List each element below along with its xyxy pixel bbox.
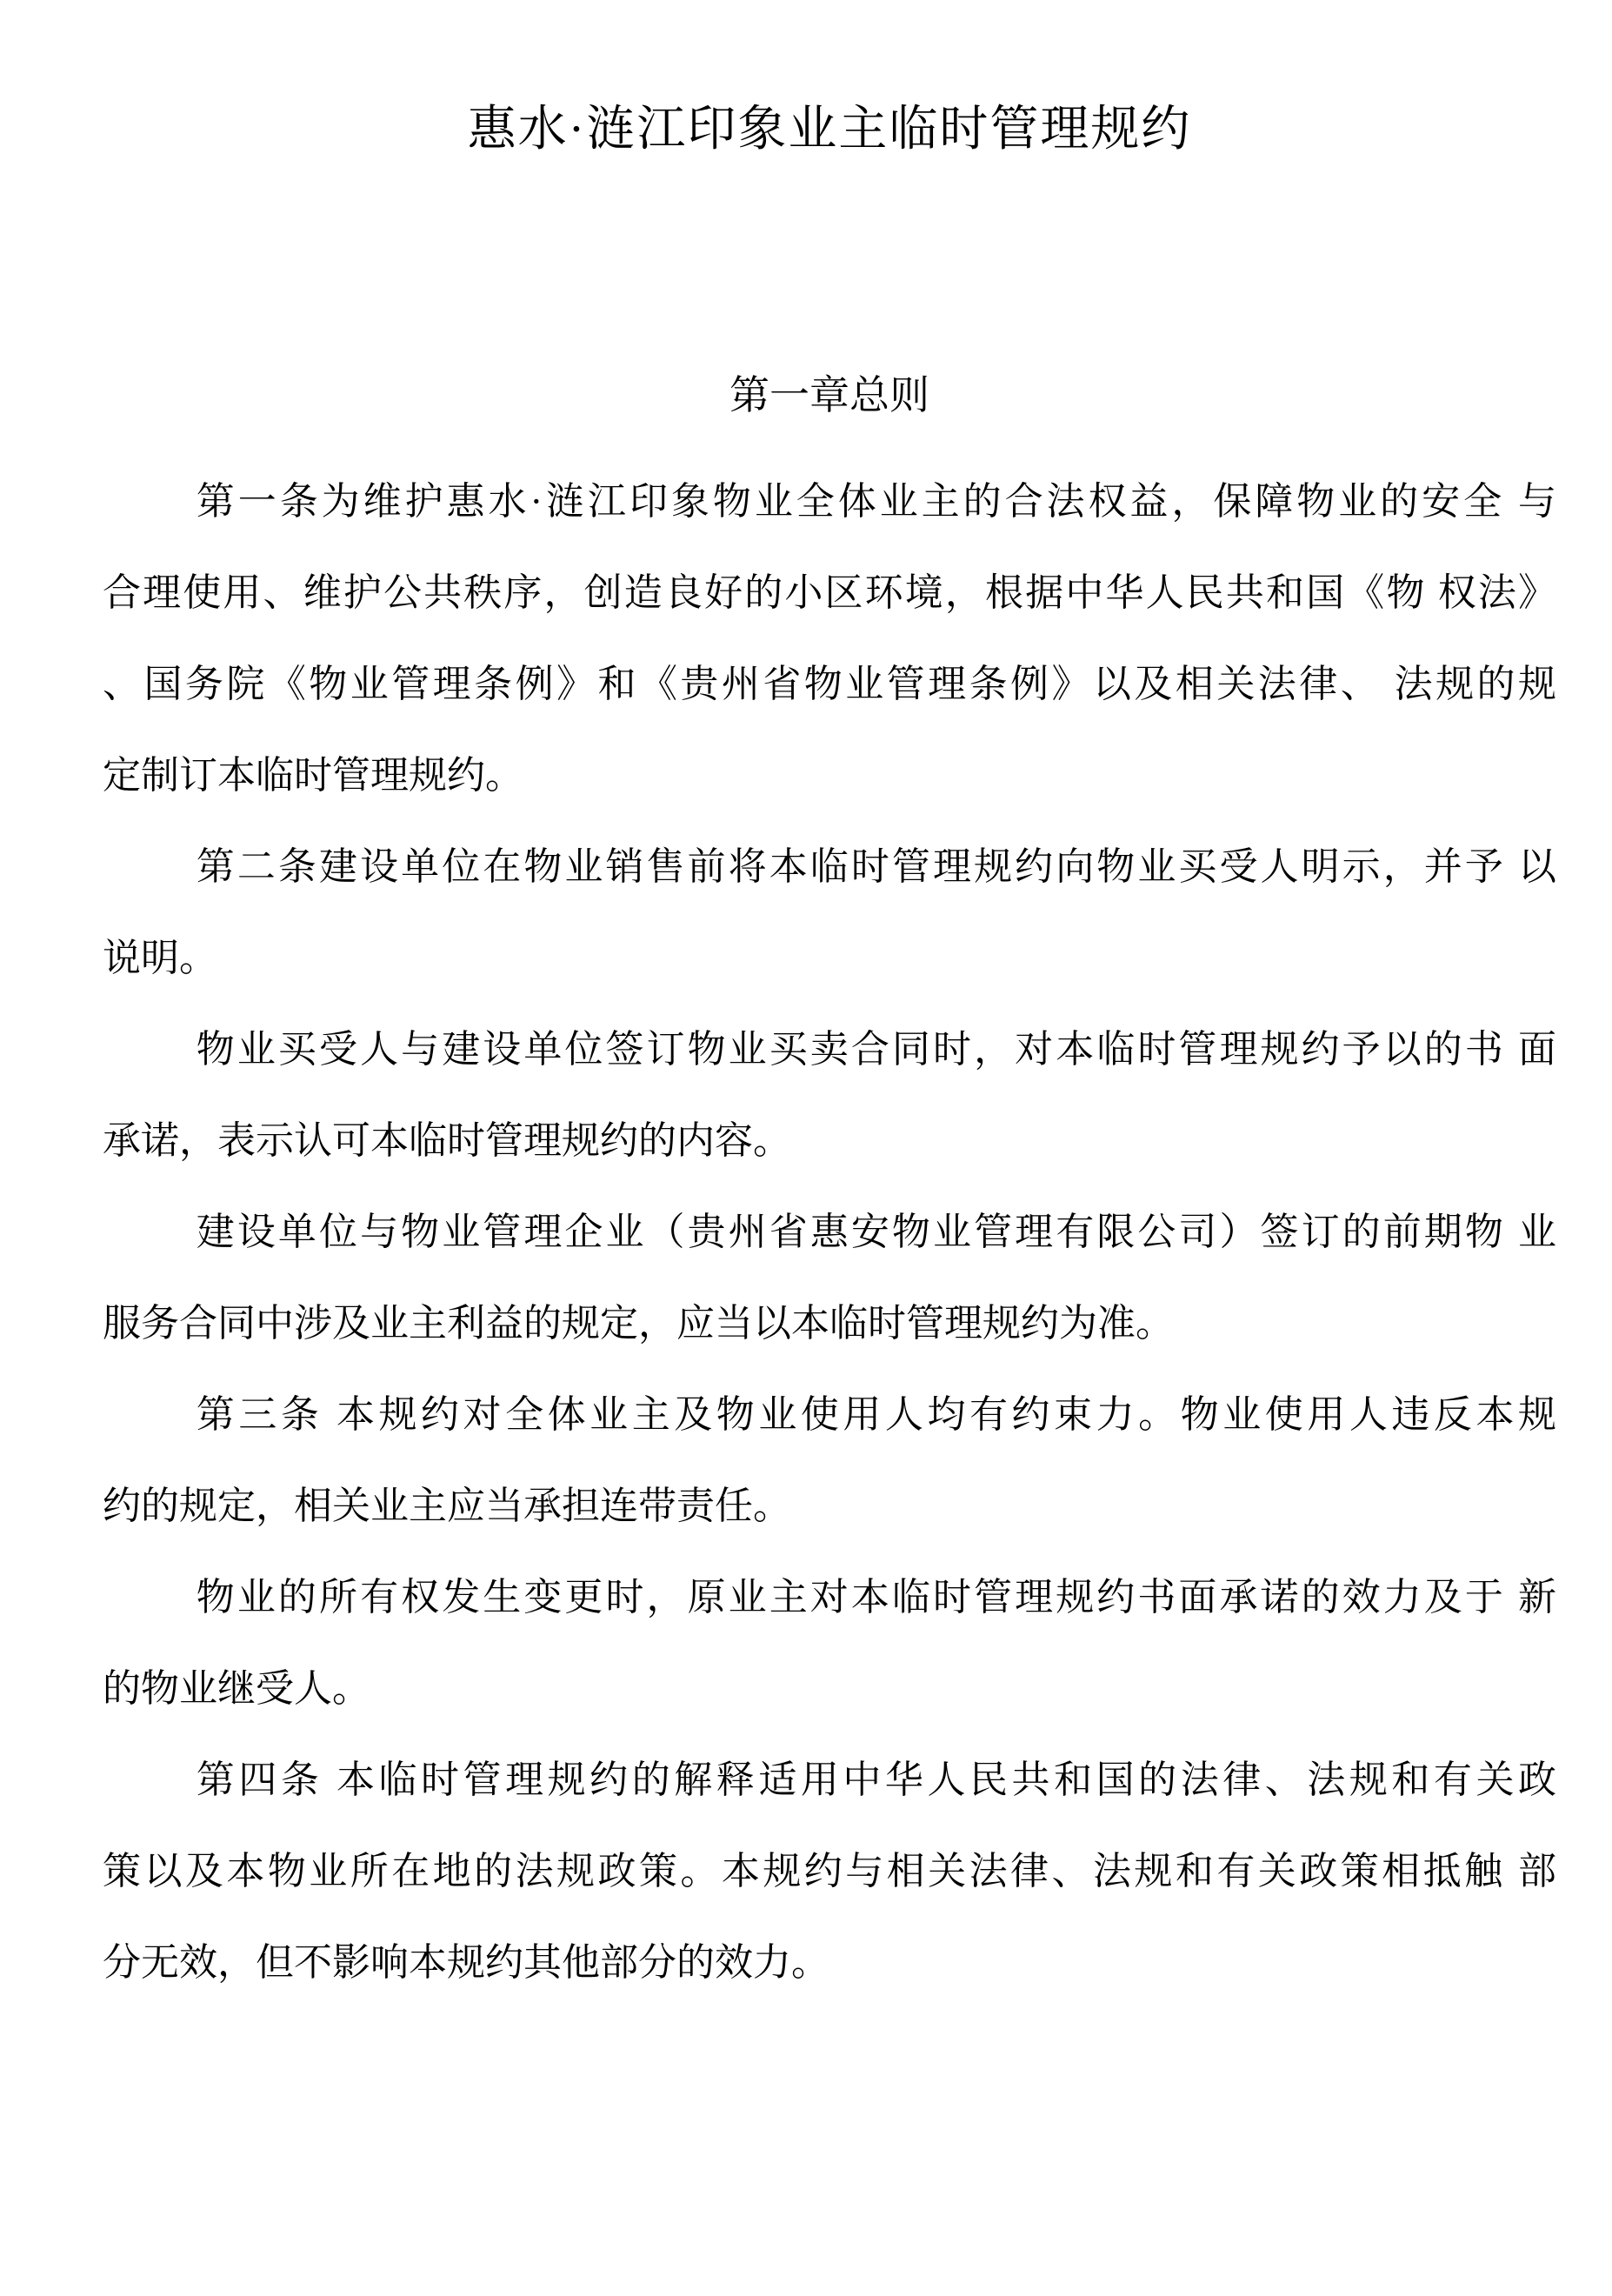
text-line: 第二条建设单位在物业销售前将本临时管理规约向物业买受人明示，并予 以 — [103, 821, 1556, 912]
paragraph: 建设单位与物业管理企业（贵州省惠安物业管理有限公司）签订的前期物 业服务合同中涉… — [103, 1186, 1556, 1369]
text-line: 第一条为维护惠水·涟江印象物业全体业主的合法权益，保障物业的安全 与 — [103, 456, 1556, 547]
text-line: 承诺，表示认可本临时管理规约的内容。 — [103, 1095, 1556, 1186]
document-page: 惠水·涟江印象业主临时管理规约 第一章总则 第一条为维护惠水·涟江印象物业全体业… — [0, 0, 1612, 2296]
text-line: 服务合同中涉及业主利益的规定，应当以本临时管理规约为准。 — [103, 1278, 1556, 1369]
text-line: 策以及本物业所在地的法规政策。本规约与相关法律、法规和有关政策相抵触 部 — [103, 1825, 1556, 1917]
text-line: 合理使用、维护公共秩序，创造良好的小区环境，根据中华人民共和国《物 权法》 — [103, 547, 1556, 638]
paragraph: 物业的所有权发生变更时，原业主对本临时管理规约书面承诺的效力及于 新的物业继受人… — [103, 1552, 1556, 1734]
paragraph: 第二条建设单位在物业销售前将本临时管理规约向物业买受人明示，并予 以说明。 — [103, 821, 1556, 1004]
text-line: 说明。 — [103, 912, 1556, 1004]
text-line: 第四条 本临时管理规约的解释适用中华人民共和国的法律、法规和有关政 — [103, 1734, 1556, 1825]
text-line: 建设单位与物业管理企业（贵州省惠安物业管理有限公司）签订的前期物 业 — [103, 1186, 1556, 1278]
text-line: 约的规定，相关业主应当承担连带责任。 — [103, 1460, 1556, 1552]
text-line: 物业买受人与建设单位签订物业买卖合同时，对本临时管理规约予以的书 面 — [103, 1004, 1556, 1095]
text-line: 物业的所有权发生变更时，原业主对本临时管理规约书面承诺的效力及于 新 — [103, 1552, 1556, 1643]
paragraph: 物业买受人与建设单位签订物业买卖合同时，对本临时管理规约予以的书 面承诺，表示认… — [103, 1004, 1556, 1186]
paragraph: 第一条为维护惠水·涟江印象物业全体业主的合法权益，保障物业的安全 与合理使用、维… — [103, 456, 1556, 821]
paragraph: 第四条 本临时管理规约的解释适用中华人民共和国的法律、法规和有关政策以及本物业所… — [103, 1734, 1556, 2008]
text-line: 第三条 本规约对全体业主及物业使用人均有约束力。物业使用人违反本规 — [103, 1369, 1556, 1460]
chapter-heading: 第一章总则 — [103, 372, 1556, 419]
text-line: 定制订本临时管理规约。 — [103, 730, 1556, 821]
document-body: 第一条为维护惠水·涟江印象物业全体业主的合法权益，保障物业的安全 与合理使用、维… — [103, 456, 1556, 2008]
document-title: 惠水·涟江印象业主临时管理规约 — [103, 101, 1556, 158]
paragraph: 第三条 本规约对全体业主及物业使用人均有约束力。物业使用人违反本规约的规定，相关… — [103, 1369, 1556, 1552]
text-line: 分无效，但不影响本规约其他部分的效力。 — [103, 1917, 1556, 2008]
text-line: 、国务院《物业管理条例》和《贵州省物业管理条例》以及相关法律、 法规的规 — [103, 638, 1556, 730]
text-line: 的物业继受人。 — [103, 1643, 1556, 1734]
